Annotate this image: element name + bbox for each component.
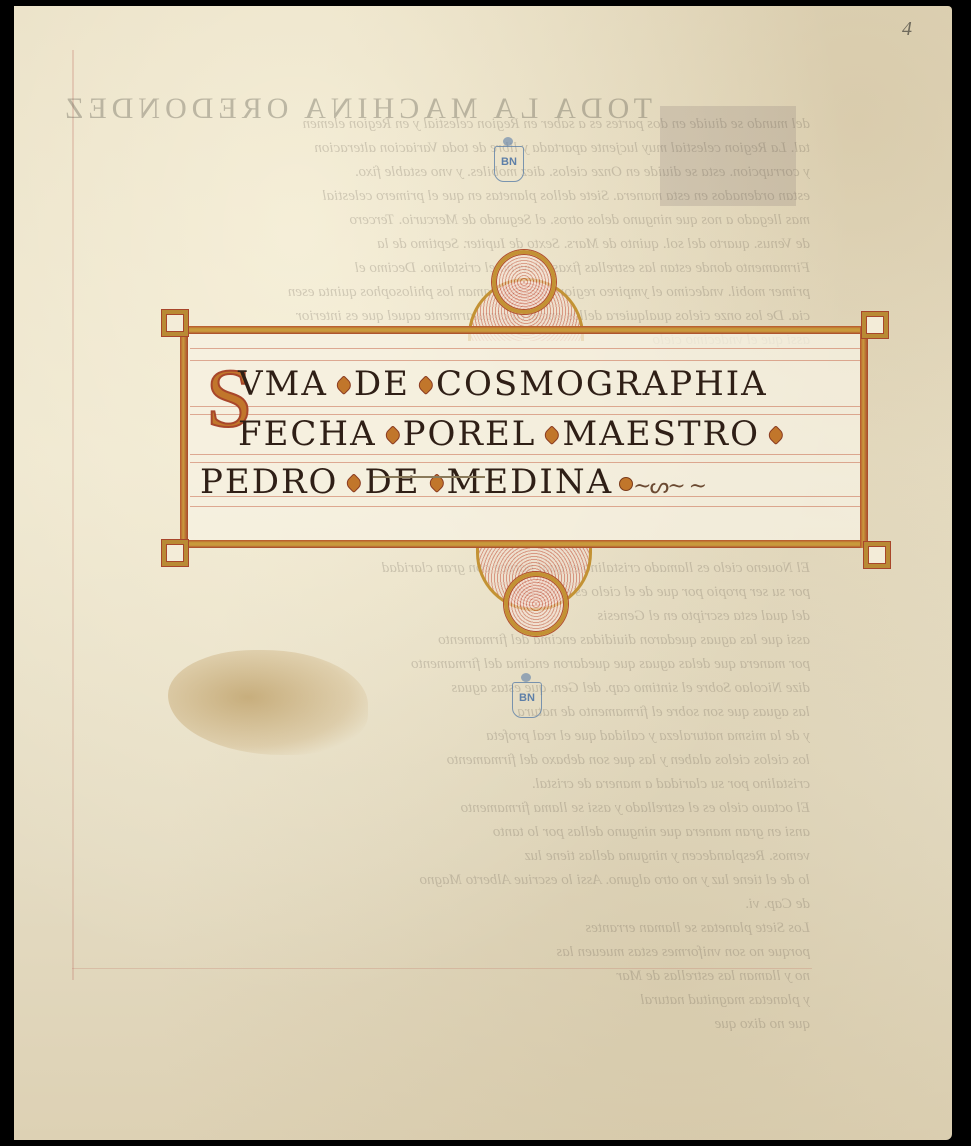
scroll-tail-icon: ~ᔕ~ ~ [633, 474, 705, 499]
title-word: PEDRO [200, 462, 338, 502]
frame-corner-knot [862, 312, 888, 338]
line-end-flourish-icon [619, 477, 633, 491]
title-word: POREL [403, 414, 537, 454]
title-line-3: PEDRODEMEDINA~ᔕ~ ~ [200, 462, 705, 502]
title-line-1: VMADECOSMOGRAPHIA [238, 364, 768, 404]
leaf-separator-icon [334, 375, 354, 395]
show-through-line: de Cap. vi. [70, 892, 810, 916]
decorative-underline [373, 476, 485, 478]
show-through-line: lo de el tiene luz y no otro alguno. Ass… [70, 868, 810, 892]
folio-number: 4 [902, 18, 912, 41]
show-through-text-lower: El Noueno cielo es llamado cristalino el… [70, 556, 810, 1036]
title-word: VMA [238, 364, 328, 404]
title-word: MAESTRO [562, 414, 760, 454]
show-through-line: no y llaman las estrellas de Mar [70, 964, 810, 988]
show-through-line: que no dixo que [70, 1012, 810, 1036]
guide-rule [190, 506, 862, 507]
show-through-line: estan ordenados en esta manera. Siete de… [70, 184, 810, 208]
guide-rule [190, 348, 862, 349]
guide-rule [190, 454, 862, 455]
show-through-line: Firmamento donde estan las estrellas fix… [70, 256, 810, 280]
show-through-line: los cielos cielos alaben y las que son d… [70, 748, 810, 772]
show-through-line: de Venus. quarto del sol. quinto de Mars… [70, 232, 810, 256]
frame-border-right [860, 326, 868, 548]
title-word: DE [364, 462, 420, 502]
leaf-separator-icon [766, 425, 786, 445]
show-through-line: y de la misma naturaleza y calidad que e… [70, 724, 810, 748]
show-through-line: cristalino por su claridad a manera de c… [70, 772, 810, 796]
library-stamp-bn-upper: BN [494, 146, 524, 182]
title-word: COSMOGRAPHIA [436, 364, 768, 404]
show-through-line: Los Siete planetas se llaman errantes [70, 916, 810, 940]
title-line-2: FECHAPORELMAESTRO [238, 414, 786, 454]
show-through-line: assi que las aguas quedaron diuididas en… [70, 628, 810, 652]
frame-corner-knot [162, 310, 188, 336]
frame-border-top [180, 326, 868, 334]
frame-corner-knot [864, 542, 890, 568]
show-through-line: y corrupcion. esta se diuide en Onze cie… [70, 160, 810, 184]
guide-rule [190, 406, 862, 407]
title-word: FECHA [238, 414, 377, 454]
frame-corner-knot [162, 540, 188, 566]
library-stamp-bn-lower: BN [512, 682, 542, 718]
title-word: DE [354, 364, 410, 404]
show-through-line: y planetas magnitud natural [70, 988, 810, 1012]
show-through-line: mas llegado a nos que ninguno delos otro… [70, 208, 810, 232]
show-through-line: El octauo cielo es el estrellado y assi … [70, 796, 810, 820]
show-through-line: por su ser propio por que de el cielo es… [70, 580, 810, 604]
guide-rule [190, 360, 862, 361]
show-through-line: vemos. Resplandecen y ninguna dellas tie… [70, 844, 810, 868]
show-through-line: ansi en gran manera que ninguno dellas p… [70, 820, 810, 844]
leaf-separator-icon [344, 473, 364, 493]
leaf-separator-icon [542, 425, 562, 445]
title-word: MEDINA [447, 462, 614, 502]
frame-border-left [180, 326, 188, 548]
show-through-line: del qual esta escripto en el Genesis [70, 604, 810, 628]
show-through-line: tal. La Region celestial muy lucjente ap… [70, 136, 810, 160]
show-through-line: porque no son vniformes estas mueuen las [70, 940, 810, 964]
show-through-line: primer mobil. vndecimo el ympireo region… [70, 280, 810, 304]
leaf-separator-icon [416, 375, 436, 395]
title-frame: S VMADECOSMOGRAPHIA FECHAPORELMAESTRO PE… [180, 326, 868, 548]
show-through-line: del mundo se diuide en dos partes es a s… [70, 112, 810, 136]
frame-border-bottom [180, 540, 868, 548]
leaf-separator-icon [383, 425, 403, 445]
